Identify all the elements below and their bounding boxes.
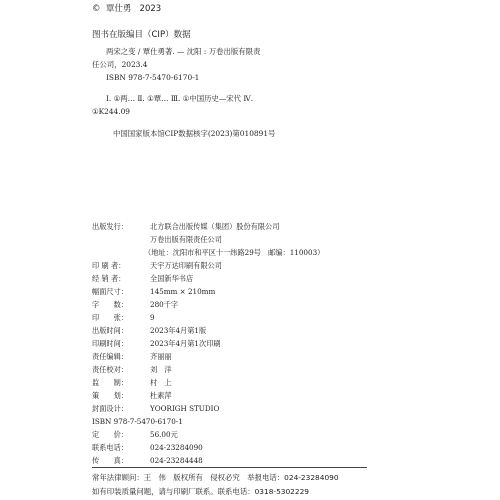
publisher-name: 北方联合出版传媒（集团）股份有限公司 [150,220,279,233]
imprint-row-cover-design: 封面设计：YOORIGH STUDIO [92,402,324,415]
imprint-row-printdate: 印刷时间：2023年4月第1次印刷 [92,337,324,350]
imprint-row-format: 幅面尺寸：145mm × 210mm [92,285,324,298]
copyright-symbol: © [92,4,101,14]
imprint-block: 出版发行： 北方联合出版传媒（集团）股份有限公司 万卷出版有限责任公司 （地址：… [92,220,324,467]
imprint-row-printer: 印 刷 者：天宇万达印刷有限公司 [92,259,324,272]
cip-classification: Ⅰ. ①两… Ⅱ. ①覃… Ⅲ. ①中国历史—宋代 Ⅳ. [106,92,253,105]
cip-record-number: 中国国家版本馆CIP数据核字(2023)第010891号 [113,127,275,140]
footer-quality-line: 如有印装质量问题，请与印刷厂联系。联系电话：0318-5302229 [92,486,309,497]
imprint-row-planner: 策 划：杜素萍 [92,389,324,402]
publisher-address: （地址：沈阳市和平区十一纬路29号 邮编：110003） [92,246,324,259]
cip-line: 任公司，2023.4 [92,58,147,71]
cip-line: 两宋之变 / 覃仕勇著. — 沈阳 : 万卷出版有限责 [92,45,260,58]
publisher-row: 出版发行： 北方联合出版传媒（集团）股份有限公司 [92,220,324,233]
cip-classification-code: ①K244.09 [92,105,130,118]
imprint-row-editor: 责任编辑：齐丽丽 [92,350,324,363]
copyright-author: 覃仕勇 [106,4,132,14]
cip-title: 图书在版编目（CIP）数据 [92,28,191,40]
imprint-row-pubdate: 出版时间：2023年4月第1版 [92,324,324,337]
imprint-row-price: 定 价：56.00元 [92,428,324,441]
imprint-row-distributor: 经 销 者：全国新华书店 [92,272,324,285]
publisher-subsidiary: 万卷出版有限责任公司 [92,233,324,246]
footer-legal-line: 常年法律顾问：王 伟 版权所有 侵权必究 举报电话：024-23284090 [92,472,339,483]
cip-isbn: ISBN 978-7-5470-6170-1 [106,71,199,84]
imprint-row-wordcount: 字 数：280千字 [92,298,324,311]
imprint-row-isbn: ISBN 978-7-5470-6170-1 [92,415,324,428]
publisher-label: 出版发行： [92,220,150,233]
imprint-row-supervisor: 监 制：村 上 [92,376,324,389]
imprint-row-proofreader: 责任校对：刘 洋 [92,363,324,376]
imprint-row-sheets: 印 张：9 [92,311,324,324]
imprint-row-fax: 传 真：024-23284448 [92,454,324,467]
copyright-year: 2023 [140,4,162,14]
imprint-row-phone: 联系电话：024-23284090 [92,441,324,454]
copyright-line: © 覃仕勇 2023 [92,2,161,14]
footer-divider [92,467,367,468]
